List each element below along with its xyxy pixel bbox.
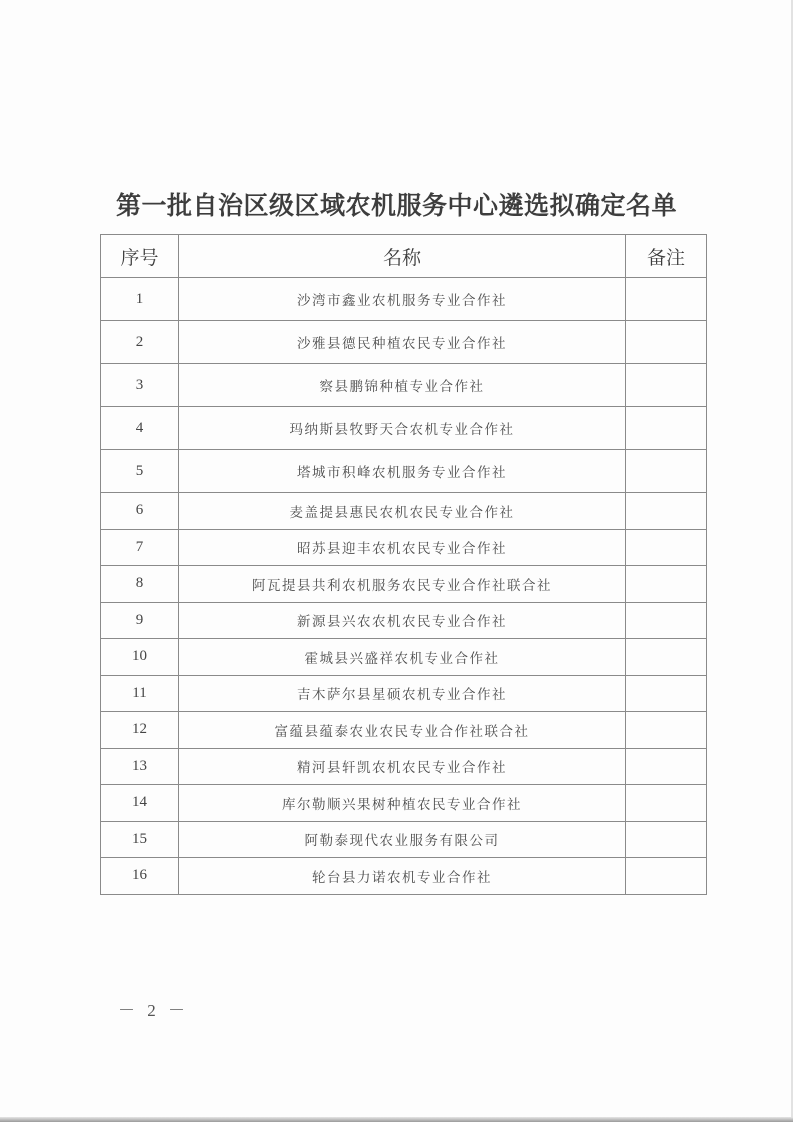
table-row: 6 麦盖提县惠民农机农民专业合作社: [101, 493, 707, 530]
header-serial-number: 序号: [101, 235, 179, 278]
row-number: 5: [101, 450, 179, 493]
table-row: 13 精河县轩凯农机农民专业合作社: [101, 748, 707, 785]
row-number: 2: [101, 321, 179, 364]
table-row: 14 库尔勒顺兴果树种植农民专业合作社: [101, 785, 707, 822]
row-note: [626, 748, 707, 785]
row-note: [626, 450, 707, 493]
row-note: [626, 858, 707, 895]
table-row: 2 沙雅县德民种植农民专业合作社: [101, 321, 707, 364]
row-name: 塔城市积峰农机服务专业合作社: [179, 450, 626, 493]
row-name: 阿瓦提县共利农机服务农民专业合作社联合社: [179, 566, 626, 603]
row-note: [626, 529, 707, 566]
row-number: 3: [101, 364, 179, 407]
table-row: 15 阿勒泰现代农业服务有限公司: [101, 821, 707, 858]
row-note: [626, 278, 707, 321]
row-number: 6: [101, 493, 179, 530]
row-number: 1: [101, 278, 179, 321]
table-row: 12 富蕴县蕴泰农业农民专业合作社联合社: [101, 712, 707, 749]
row-note: [626, 321, 707, 364]
row-name: 富蕴县蕴泰农业农民专业合作社联合社: [179, 712, 626, 749]
row-number: 14: [101, 785, 179, 822]
candidate-list-table: 序号 名称 备注 1 沙湾市鑫业农机服务专业合作社 2 沙雅县德民种植农民专业合…: [100, 234, 707, 895]
page-number: － 2 －: [118, 996, 189, 1021]
row-number: 4: [101, 407, 179, 450]
row-name: 玛纳斯县牧野天合农机专业合作社: [179, 407, 626, 450]
row-note: [626, 785, 707, 822]
row-note: [626, 675, 707, 712]
row-name: 轮台县力诺农机专业合作社: [179, 858, 626, 895]
header-remarks: 备注: [626, 235, 707, 278]
row-name: 吉木萨尔县星硕农机专业合作社: [179, 675, 626, 712]
row-name: 霍城县兴盛祥农机专业合作社: [179, 639, 626, 676]
table-row: 1 沙湾市鑫业农机服务专业合作社: [101, 278, 707, 321]
row-note: [626, 566, 707, 603]
row-note: [626, 407, 707, 450]
row-number: 8: [101, 566, 179, 603]
row-name: 新源县兴农农机农民专业合作社: [179, 602, 626, 639]
row-note: [626, 602, 707, 639]
row-name: 麦盖提县惠民农机农民专业合作社: [179, 493, 626, 530]
document-title: 第一批自治区级区域农机服务中心遴选拟确定名单: [0, 186, 793, 222]
row-number: 9: [101, 602, 179, 639]
row-number: 13: [101, 748, 179, 785]
row-note: [626, 364, 707, 407]
row-note: [626, 493, 707, 530]
row-number: 15: [101, 821, 179, 858]
header-name: 名称: [179, 235, 626, 278]
row-number: 11: [101, 675, 179, 712]
row-name: 阿勒泰现代农业服务有限公司: [179, 821, 626, 858]
table-row: 3 察县鹏锦种植专业合作社: [101, 364, 707, 407]
table-row: 5 塔城市积峰农机服务专业合作社: [101, 450, 707, 493]
row-number: 16: [101, 858, 179, 895]
row-name: 察县鹏锦种植专业合作社: [179, 364, 626, 407]
row-name: 昭苏县迎丰农机农民专业合作社: [179, 529, 626, 566]
row-note: [626, 712, 707, 749]
table-row: 4 玛纳斯县牧野天合农机专业合作社: [101, 407, 707, 450]
table-row: 16 轮台县力诺农机专业合作社: [101, 858, 707, 895]
table-header-row: 序号 名称 备注: [101, 235, 707, 278]
table-row: 7 昭苏县迎丰农机农民专业合作社: [101, 529, 707, 566]
table-row: 10 霍城县兴盛祥农机专业合作社: [101, 639, 707, 676]
row-note: [626, 639, 707, 676]
row-note: [626, 821, 707, 858]
row-number: 7: [101, 529, 179, 566]
table-row: 8 阿瓦提县共利农机服务农民专业合作社联合社: [101, 566, 707, 603]
row-name: 沙雅县德民种植农民专业合作社: [179, 321, 626, 364]
row-number: 10: [101, 639, 179, 676]
table-row: 9 新源县兴农农机农民专业合作社: [101, 602, 707, 639]
page-edge-shadow: [0, 1117, 793, 1122]
row-name: 沙湾市鑫业农机服务专业合作社: [179, 278, 626, 321]
row-number: 12: [101, 712, 179, 749]
table-row: 11 吉木萨尔县星硕农机专业合作社: [101, 675, 707, 712]
row-name: 库尔勒顺兴果树种植农民专业合作社: [179, 785, 626, 822]
row-name: 精河县轩凯农机农民专业合作社: [179, 748, 626, 785]
